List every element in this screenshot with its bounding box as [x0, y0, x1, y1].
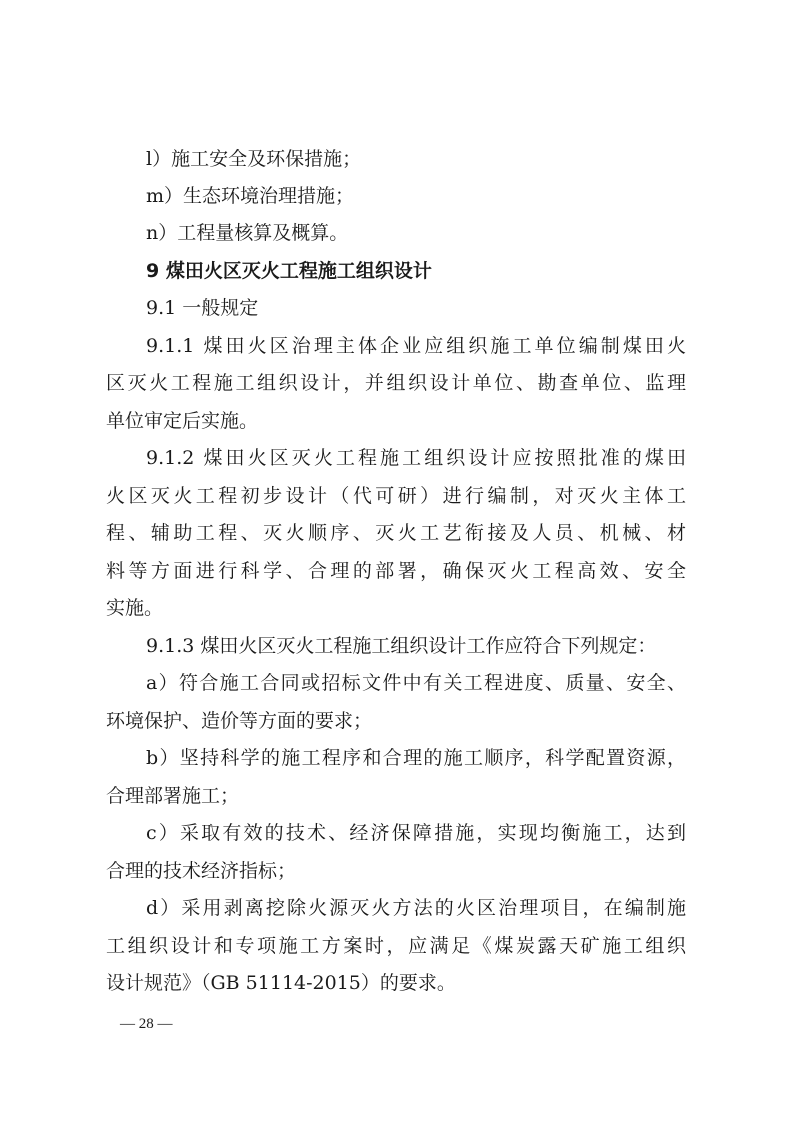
clause-line: 区灭火工程施工组织设计，并组织设计单位、勘查单位、监理 — [106, 371, 686, 395]
clause-line: b）坚持科学的施工程序和合理的施工顺序，科学配置资源， — [146, 746, 686, 770]
clause-line: 程、辅助工程、灭火顺序、灭火工艺衔接及人员、机械、材 — [106, 521, 686, 545]
subsection-heading: 9.1 一般规定 — [146, 296, 258, 320]
clause-line: a）符合施工合同或招标文件中有关工程进度、质量、安全、 — [146, 671, 686, 695]
clause-line: 实施。 — [106, 596, 163, 620]
clause-line: 9.1.3 煤田火区灭火工程施工组织设计工作应符合下列规定： — [146, 634, 656, 658]
clause-line: 合理的技术经济指标； — [106, 859, 296, 883]
clause-line: 单位审定后实施。 — [106, 409, 258, 433]
clause-line: 9.1.1 煤田火区治理主体企业应组织施工单位编制煤田火 — [146, 334, 686, 358]
clause-line: 设计规范》（GB 51114-2015）的要求。 — [106, 971, 456, 995]
clause-line: 火区灭火工程初步设计（代可研）进行编制，对灭火主体工 — [106, 484, 686, 508]
list-item-l: l）施工安全及环保措施； — [146, 147, 361, 171]
section-heading: 9 煤田火区灭火工程施工组织设计 — [146, 259, 432, 283]
clause-line: 环境保护、造价等方面的要求； — [106, 709, 372, 733]
clause-line: 9.1.2 煤田火区灭火工程施工组织设计应按照批准的煤田 — [146, 446, 686, 470]
list-item-m: m）生态环境治理措施； — [146, 184, 354, 208]
page-number: — 28 — — [120, 1016, 173, 1033]
clause-line: c）采取有效的技术、经济保障措施，实现均衡施工，达到 — [146, 821, 686, 845]
clause-line: 料等方面进行科学、合理的部署，确保灭火工程高效、安全 — [106, 559, 686, 583]
clause-line: 工组织设计和专项施工方案时，应满足《煤炭露天矿施工组织 — [106, 934, 686, 958]
clause-line: 合理部署施工； — [106, 784, 239, 808]
list-item-n: n）工程量核算及概算。 — [146, 221, 348, 245]
clause-line: d）采用剥离挖除火源灭火方法的火区治理项目，在编制施 — [146, 896, 686, 920]
